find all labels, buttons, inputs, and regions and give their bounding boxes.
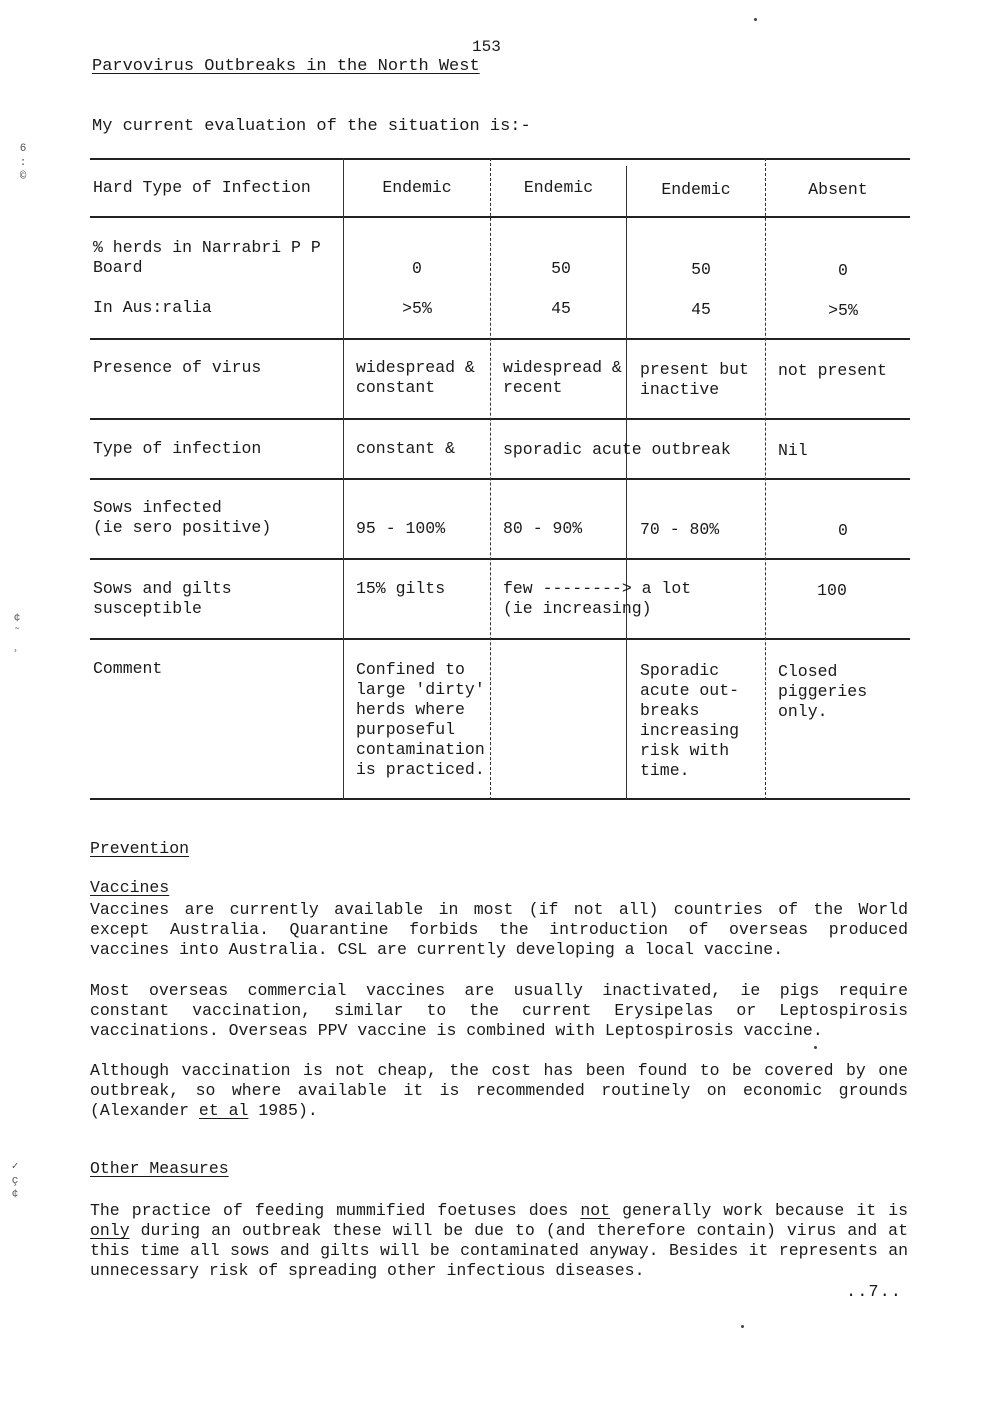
table-rule <box>90 478 910 480</box>
row-label-presence: Presence of virus <box>93 358 261 378</box>
header-label: Hard Type of Infection <box>93 178 311 198</box>
comment-col-3: Sporadic acute out- breaks increasing ri… <box>640 661 739 781</box>
table-divider <box>343 158 345 800</box>
table-rule <box>90 418 910 420</box>
header-col-2: Endemic <box>491 178 626 198</box>
sows-infected-col-4: 0 <box>766 521 920 541</box>
text-run: The practice of feeding mummified foetus… <box>90 1201 580 1220</box>
susceptible-col-1: 15% gilts <box>356 579 445 599</box>
vaccines-paragraph-3: Although vaccination is not cheap, the c… <box>90 1061 908 1121</box>
prevention-heading: Prevention <box>90 839 189 858</box>
presence-col-2: widespread & recent <box>503 358 622 398</box>
table-rule <box>90 798 910 800</box>
page-number: 153 <box>472 38 501 56</box>
text-run: 1985). <box>248 1101 317 1120</box>
paragraph-text: Most overseas commercial vaccines are us… <box>90 981 908 1041</box>
sows-infected-col-2: 80 - 90% <box>503 519 582 539</box>
evaluation-table: Hard Type of Infection Endemic Endemic E… <box>90 158 910 803</box>
narrabri-col-2: 50 <box>491 259 631 279</box>
table-rule <box>90 338 910 340</box>
emphasis-only: only <box>90 1221 130 1240</box>
susceptible-col-4: 100 <box>766 581 898 601</box>
type-col-4: Nil <box>778 441 808 461</box>
australia-col-4: >5% <box>766 301 920 321</box>
margin-mark-top: 6 : © <box>16 142 30 184</box>
table-rule <box>90 216 910 218</box>
table-rule <box>90 638 910 640</box>
narrabri-col-1: 0 <box>344 259 490 279</box>
table-divider <box>490 158 492 800</box>
scan-speck <box>754 18 757 21</box>
text-run: during an outbreak these will be due to … <box>90 1221 908 1280</box>
row-label-comment: Comment <box>93 659 162 679</box>
header-col-1: Endemic <box>344 178 490 198</box>
table-divider <box>765 158 767 800</box>
row-label-sows-infected: Sows infected (ie sero positive) <box>93 498 271 538</box>
paragraph-text: Although vaccination is not cheap, the c… <box>90 1061 908 1121</box>
paragraph-text: The practice of feeding mummified foetus… <box>90 1201 908 1281</box>
paragraph-text: Vaccines are currently available in most… <box>90 900 908 960</box>
australia-col-3: 45 <box>627 300 775 320</box>
document-title: Parvovirus Outbreaks in the North West <box>92 57 480 76</box>
presence-col-1: widespread & constant <box>356 358 475 398</box>
emphasis-not: not <box>580 1201 610 1220</box>
narrabri-col-3: 50 <box>627 260 775 280</box>
australia-col-2: 45 <box>491 299 631 319</box>
table-rule <box>90 158 910 160</box>
vaccines-paragraph-1: Vaccines are currently available in most… <box>90 900 908 960</box>
header-col-4: Absent <box>766 180 910 200</box>
susceptible-col-2-3-merged: few --------> a lot (ie increasing) <box>503 579 691 619</box>
narrabri-col-4: 0 <box>766 261 920 281</box>
row-label-narrabri: % herds in Narrabri P P Board <box>93 238 321 278</box>
scan-speck <box>814 1046 817 1049</box>
sows-infected-col-3: 70 - 80% <box>640 520 719 540</box>
sows-infected-col-1: 95 - 100% <box>356 519 445 539</box>
row-label-susceptible: Sows and gilts susceptible <box>93 579 232 619</box>
type-col-1: constant & <box>356 439 455 459</box>
presence-col-4: not present <box>778 361 887 381</box>
row-label-type: Type of infection <box>93 439 261 459</box>
presence-col-3: present but inactive <box>640 360 749 400</box>
margin-mark-bottom: ✓ ç ¢ <box>8 1160 22 1202</box>
australia-col-1: >5% <box>344 299 490 319</box>
other-measures-heading: Other Measures <box>90 1159 229 1178</box>
intro-text: My current evaluation of the situation i… <box>92 117 531 136</box>
type-col-2-3-merged: sporadic acute outbreak <box>503 440 731 460</box>
table-rule <box>90 558 910 560</box>
citation-emphasis: et al <box>199 1101 249 1120</box>
margin-mark-middle: ¢ ˜ ¸ <box>10 612 24 654</box>
vaccines-heading: Vaccines <box>90 878 169 897</box>
other-measures-paragraph: The practice of feeding mummified foetus… <box>90 1201 908 1281</box>
vaccines-paragraph-2: Most overseas commercial vaccines are us… <box>90 981 908 1041</box>
scan-speck <box>741 1325 744 1328</box>
text-run: generally work because it is <box>610 1201 908 1220</box>
comment-col-1: Confined to large 'dirty' herds where pu… <box>356 660 485 780</box>
row-label-australia: In Aus:ralia <box>93 298 212 318</box>
header-col-3: Endemic <box>627 180 765 200</box>
next-page-indicator: ..7.. <box>846 1283 902 1302</box>
comment-col-4: Closed piggeries only. <box>778 662 867 722</box>
